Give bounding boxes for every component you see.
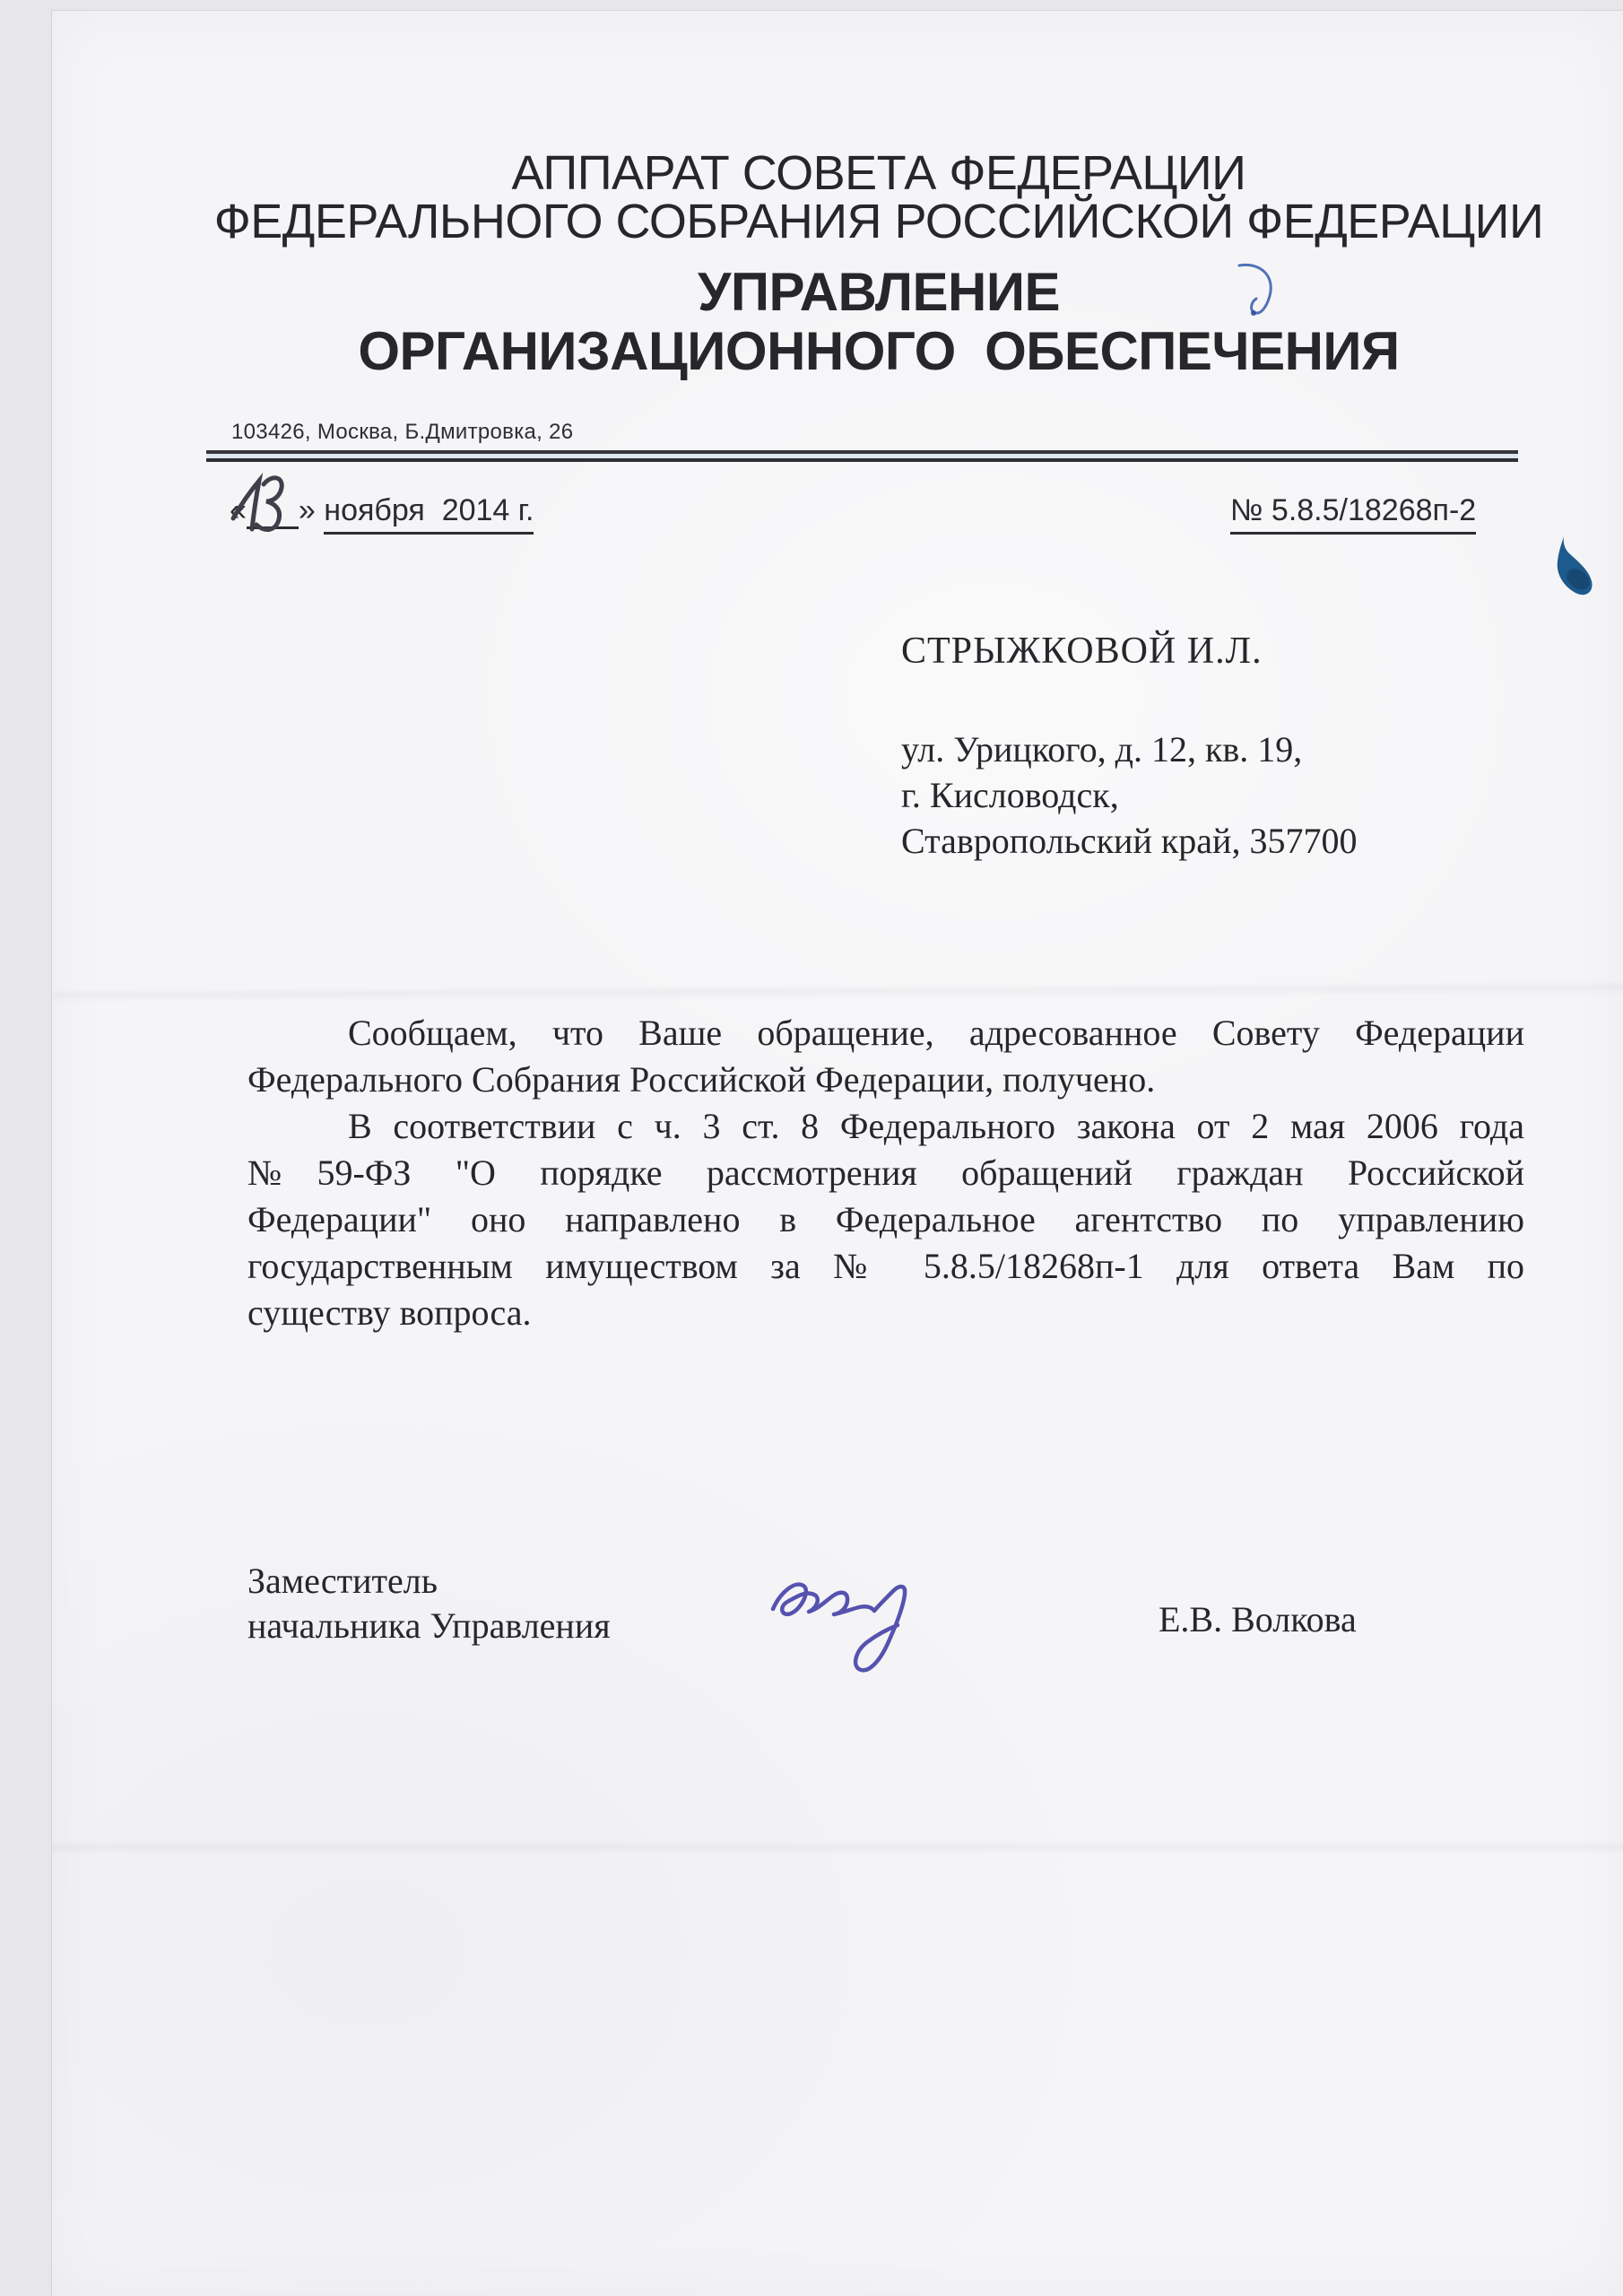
body-line: В соответствии с ч. 3 ст. 8 Федерального…	[247, 1103, 1524, 1150]
letterhead-org-line1: АППАРАТ СОВЕТА ФЕДЕРАЦИИ	[206, 149, 1551, 197]
reference-number-text: № 5.8.5/18268п-2	[1230, 493, 1476, 535]
body-line: Федерации" оно направлено в Федеральное …	[247, 1196, 1524, 1243]
blue-ink-blot	[1542, 533, 1609, 601]
signature-ink-scribble	[760, 1557, 976, 1700]
letterhead-dept-line2: ОРГАНИЗАЦИОННОГО ОБЕСПЕЧЕНИЯ	[206, 325, 1551, 378]
signer-name: Е.В. Волкова	[1159, 1598, 1357, 1640]
signer-position-line: Заместитель	[247, 1559, 611, 1604]
recipient-address: ул. Урицкого, д. 12, кв. 19, г. Кисловод…	[901, 726, 1357, 864]
letter-body: Сообщаем, что Ваше обращение, адресованн…	[247, 1010, 1524, 1336]
signer-position: Заместитель начальника Управления	[247, 1559, 611, 1648]
body-line: государственным имуществом за № 5.8.5/18…	[247, 1243, 1524, 1290]
recipient-address-line: Ставропольский край, 357700	[901, 818, 1357, 864]
letterhead-dept-line1: УПРАВЛЕНИЕ	[206, 265, 1551, 319]
signer-position-line: начальника Управления	[247, 1604, 611, 1648]
recipient-address-line: г. Кисловодск,	[901, 772, 1357, 818]
letterhead-org-line2: ФЕДЕРАЛЬНОГО СОБРАНИЯ РОССИЙСКОЙ ФЕДЕРАЦ…	[206, 197, 1551, 246]
blue-pen-mark	[1230, 262, 1284, 325]
letterhead-postal-address: 103426, Москва, Б.Дмитровка, 26	[231, 420, 573, 445]
body-line: существу вопроса.	[247, 1290, 1524, 1336]
body-line: №59-ФЗ "О порядке рассмотрения обращений…	[247, 1150, 1524, 1196]
scanned-letter: АППАРАТ СОВЕТА ФЕДЕРАЦИИ ФЕДЕРАЛЬНОГО СО…	[0, 0, 1623, 2296]
recipient-name: СТРЫЖКОВОЙ И.Л.	[901, 630, 1263, 673]
body-line: Федерального Собрания Российской Федерац…	[247, 1057, 1524, 1103]
handwritten-day-13	[226, 470, 301, 545]
reference-number: № 5.8.5/18268п-2	[1230, 493, 1476, 528]
fold-crease	[52, 1840, 1623, 1855]
recipient-address-line: ул. Урицкого, д. 12, кв. 19,	[901, 726, 1357, 772]
body-line: Сообщаем, что Ваше обращение, адресованн…	[247, 1010, 1524, 1057]
letterhead-divider	[206, 450, 1518, 462]
date-text: ноября 2014 г.	[324, 493, 534, 535]
